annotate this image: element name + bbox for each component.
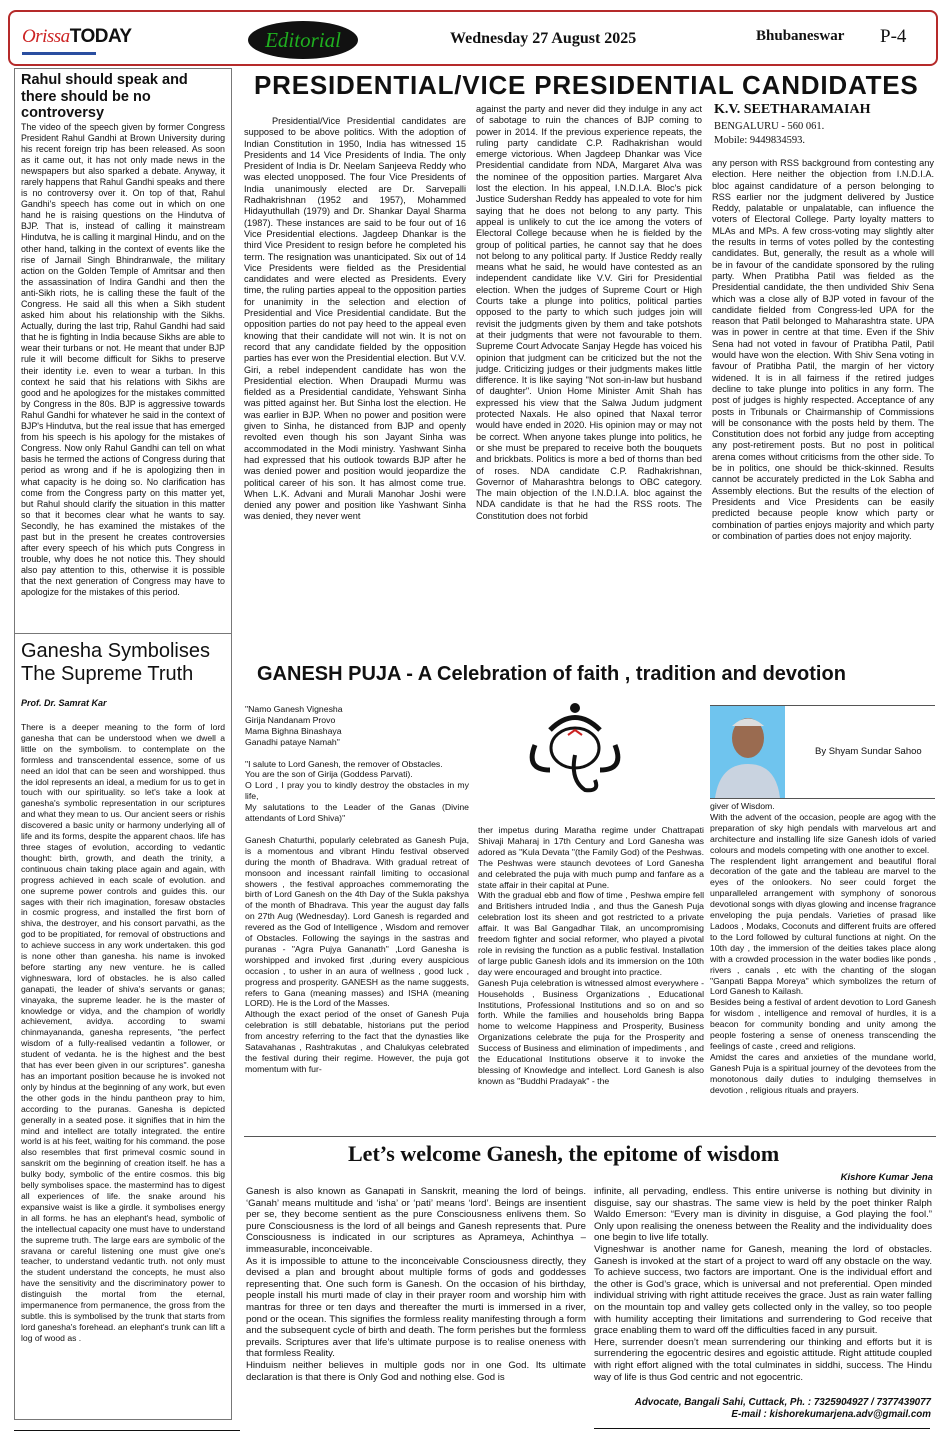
- article-body: The video of the speech given by former …: [21, 122, 225, 650]
- author-address: BENGALURU - 560 061.: [714, 121, 824, 132]
- logo: OrissaTODAY: [22, 26, 132, 48]
- byline: By Shyam Sundar Sahoo: [815, 746, 922, 757]
- ganesha-illustration: [520, 700, 630, 800]
- article-column: giver of Wisdom. With the advent of the …: [710, 801, 936, 1137]
- article-rahul: Rahul should speak and there should be n…: [14, 68, 232, 634]
- author-photo: [710, 706, 785, 798]
- logo-underline: [22, 52, 96, 55]
- divider: [594, 1428, 930, 1429]
- masthead: OrissaTODAY Editorial Wednesday 27 Augus…: [8, 10, 938, 66]
- article-column: Ganesh is also known as Ganapati in Sans…: [246, 1186, 586, 1424]
- section-badge: Editorial: [248, 21, 358, 59]
- article-title-ganesh-puja: GANESH PUJA - A Celebration of faith , t…: [257, 663, 846, 686]
- article-title: Ganesha Symbolises The Supreme Truth: [21, 640, 225, 686]
- person-icon: [710, 706, 785, 798]
- logo-orissa: Orissa: [22, 26, 70, 47]
- article-title-presidential: PRESIDENTIAL/VICE PRESIDENTIAL CANDIDATE…: [254, 70, 919, 101]
- article-column: infinite, all pervading, endless. This e…: [594, 1186, 932, 1396]
- logo-today: TODAY: [70, 26, 132, 47]
- article-title: Rahul should speak and there should be n…: [21, 72, 225, 122]
- author-email: E-mail : kishorekumarjena.adv@gmail.com: [731, 1409, 931, 1420]
- article-column: Presidential/Vice Presidential candidate…: [244, 116, 466, 646]
- page-number: P-4: [880, 26, 906, 48]
- author-name: K.V. SEETHARAMAIAH: [714, 102, 871, 118]
- article-title-welcome-ganesh: Let’s welcome Ganesh, the epitome of wis…: [348, 1141, 779, 1167]
- edition-city: Bhubaneswar: [756, 28, 844, 45]
- article-body: There is a deeper meaning to the form of…: [21, 722, 225, 1412]
- ganesha-icon: [520, 700, 630, 800]
- article-column: against the party and never did they ind…: [476, 104, 702, 646]
- divider: [244, 1136, 936, 1137]
- author-contact: Advocate, Bangali Sahi, Cuttack, Ph. : 7…: [635, 1397, 931, 1408]
- article-author: Prof. Dr. Samrat Kar: [21, 698, 225, 708]
- divider: [14, 1430, 240, 1431]
- article-column: ther impetus during Maratha regime under…: [478, 825, 704, 1137]
- article-column: any person with RSS background from cont…: [712, 158, 934, 648]
- article-column: "Namo Ganesh Vignesha Girija Nandanam Pr…: [245, 704, 469, 1138]
- article-ganesha-symbolises: Ganesha Symbolises The Supreme Truth Pro…: [14, 633, 232, 1420]
- photo-bottom-rule: [710, 798, 935, 799]
- article-author: Kishore Kumar Jena: [841, 1172, 933, 1183]
- issue-date: Wednesday 27 August 2025: [450, 30, 636, 48]
- author-mobile: Mobile: 9449834593.: [714, 135, 805, 146]
